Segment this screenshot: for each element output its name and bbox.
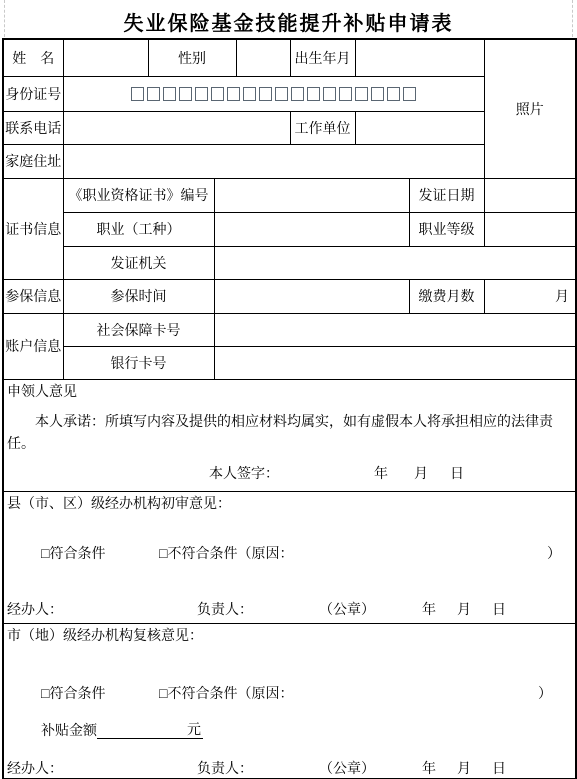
certificate-section-label: 证书信息 xyxy=(3,178,63,279)
id-digit-box xyxy=(307,87,320,101)
account-section-label: 账户信息 xyxy=(3,313,63,379)
table-row: 姓 名 性别 出生年月 照片 xyxy=(3,39,576,76)
city-month-label: 月 xyxy=(457,760,471,776)
issuing-authority-value-cell[interactable] xyxy=(214,246,576,279)
county-qualify-checkbox-option[interactable]: □符合条件 xyxy=(41,545,105,561)
county-manager-label: 负责人： xyxy=(197,601,253,617)
insurance-time-label: 参保时间 xyxy=(63,279,214,313)
birth-value-cell[interactable] xyxy=(355,39,484,76)
city-year-label: 年 xyxy=(422,760,436,776)
table-row: 发证机关 xyxy=(3,246,576,279)
applicant-opinion-header: 申领人意见 xyxy=(7,383,77,399)
application-form-table: 姓 名 性别 出生年月 照片 身份证号 联系电话 工作单位 家庭住址 xyxy=(2,38,577,779)
county-day-label: 日 xyxy=(492,601,506,617)
id-digit-box xyxy=(243,87,256,101)
certificate-number-value-cell[interactable] xyxy=(214,178,409,212)
city-reason-close-paren: ） xyxy=(538,685,552,701)
applicant-signature-label: 本人签字： xyxy=(209,465,279,481)
occupation-value-cell[interactable] xyxy=(214,212,409,246)
address-label: 家庭住址 xyxy=(3,144,63,178)
social-security-card-value-cell[interactable] xyxy=(214,313,576,346)
county-review-section[interactable]: 县（市、区）级经办机构初审意见： □符合条件 □不符合条件（原因： ） 经办人：… xyxy=(3,491,576,623)
phone-label: 联系电话 xyxy=(3,111,63,144)
id-number-label: 身份证号 xyxy=(3,76,63,111)
table-row: 申领人意见 本人承诺：所填写内容及提供的相应材料均属实，如有虚假本人将承担相应的… xyxy=(3,379,576,491)
city-day-label: 日 xyxy=(492,760,506,776)
id-digit-box xyxy=(403,87,416,101)
id-number-boxes xyxy=(64,87,484,101)
city-qualify-checkbox-option[interactable]: □符合条件 xyxy=(41,685,105,701)
id-digit-box xyxy=(323,87,336,101)
social-security-card-label: 社会保障卡号 xyxy=(63,313,214,346)
name-value-cell[interactable] xyxy=(63,39,148,76)
id-digit-box xyxy=(259,87,272,101)
table-row: 职业（工种） 职业等级 xyxy=(3,212,576,246)
gender-value-cell[interactable] xyxy=(236,39,290,76)
id-digit-box xyxy=(211,87,224,101)
id-digit-box xyxy=(227,87,240,101)
id-digit-box xyxy=(355,87,368,101)
form-title: 失业保险基金技能提升补贴申请表 xyxy=(0,7,577,36)
id-digit-box xyxy=(195,87,208,101)
id-digit-box xyxy=(291,87,304,101)
birth-label: 出生年月 xyxy=(290,39,355,76)
id-digit-box xyxy=(131,87,144,101)
issue-date-value-cell[interactable] xyxy=(484,178,576,212)
city-review-section[interactable]: 市（地）级经办机构复核意见： □符合条件 □不符合条件（原因： ） 补贴金额 元… xyxy=(3,623,576,779)
issuing-authority-label: 发证机关 xyxy=(63,246,214,279)
county-year-label: 年 xyxy=(422,601,436,617)
county-handler-label: 经办人： xyxy=(7,601,63,617)
form-page: 失业保险基金技能提升补贴申请表 姓 名 性别 出生年月 照片 身份证号 联系电话 xyxy=(0,0,577,779)
id-digit-box xyxy=(371,87,384,101)
employer-label: 工作单位 xyxy=(290,111,355,144)
gender-label: 性别 xyxy=(148,39,236,76)
table-row: 银行卡号 xyxy=(3,346,576,379)
county-reason-close-paren: ） xyxy=(547,545,561,561)
id-digit-box xyxy=(147,87,160,101)
phone-value-cell[interactable] xyxy=(63,111,290,144)
applicant-day-label: 日 xyxy=(450,465,464,481)
subsidy-amount-label: 补贴金额 xyxy=(41,722,97,738)
occupation-label: 职业（工种） xyxy=(63,212,214,246)
table-row: 市（地）级经办机构复核意见： □符合条件 □不符合条件（原因： ） 补贴金额 元… xyxy=(3,623,576,779)
city-not-qualify-checkbox-option[interactable]: □不符合条件（原因： xyxy=(159,685,293,701)
city-seal-label: （公章） xyxy=(319,760,375,776)
applicant-opinion-section[interactable]: 申领人意见 本人承诺：所填写内容及提供的相应材料均属实，如有虚假本人将承担相应的… xyxy=(3,379,576,491)
applicant-pledge-text: 本人承诺：所填写内容及提供的相应材料均属实，如有虚假本人将承担相应的法律责任。 xyxy=(7,410,571,454)
city-manager-label: 负责人： xyxy=(197,760,253,776)
county-review-header: 县（市、区）级经办机构初审意见： xyxy=(7,495,231,511)
applicant-year-label: 年 xyxy=(374,465,388,481)
table-row: 账户信息 社会保障卡号 xyxy=(3,313,576,346)
table-row: 证书信息 《职业资格证书》编号 发证日期 xyxy=(3,178,576,212)
city-review-header: 市（地）级经办机构复核意见： xyxy=(7,627,203,643)
subsidy-amount-blank-line[interactable]: 元 xyxy=(97,719,203,739)
issue-date-label: 发证日期 xyxy=(409,178,484,212)
payment-months-label: 缴费月数 xyxy=(409,279,484,313)
applicant-month-label: 月 xyxy=(414,465,428,481)
name-label: 姓 名 xyxy=(3,39,63,76)
id-digit-box xyxy=(163,87,176,101)
bank-card-value-cell[interactable] xyxy=(214,346,576,379)
county-month-label: 月 xyxy=(457,601,471,617)
id-number-cell[interactable] xyxy=(63,76,484,111)
bank-card-label: 银行卡号 xyxy=(63,346,214,379)
id-digit-box xyxy=(339,87,352,101)
county-seal-label: （公章） xyxy=(319,601,375,617)
insurance-section-label: 参保信息 xyxy=(3,279,63,313)
id-digit-box xyxy=(387,87,400,101)
occupation-level-value-cell[interactable] xyxy=(484,212,576,246)
county-not-qualify-checkbox-option[interactable]: □不符合条件（原因： xyxy=(159,545,293,561)
address-value-cell[interactable] xyxy=(63,144,484,178)
id-digit-box xyxy=(275,87,288,101)
id-digit-box xyxy=(179,87,192,101)
table-row: 县（市、区）级经办机构初审意见： □符合条件 □不符合条件（原因： ） 经办人：… xyxy=(3,491,576,623)
insurance-time-value-cell[interactable] xyxy=(214,279,409,313)
certificate-number-label: 《职业资格证书》编号 xyxy=(63,178,214,212)
payment-months-value-cell[interactable]: 月 xyxy=(484,279,576,313)
city-handler-label: 经办人： xyxy=(7,760,63,776)
photo-cell: 照片 xyxy=(484,39,576,178)
table-row: 参保信息 参保时间 缴费月数 月 xyxy=(3,279,576,313)
occupation-level-label: 职业等级 xyxy=(409,212,484,246)
employer-value-cell[interactable] xyxy=(355,111,484,144)
